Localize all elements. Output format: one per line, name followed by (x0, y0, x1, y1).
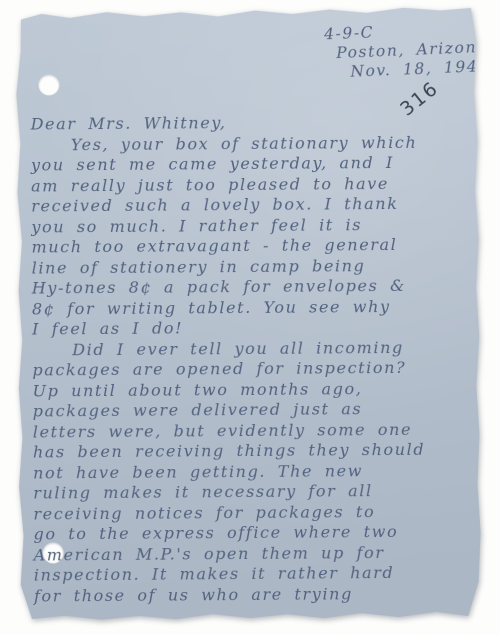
letter-line: for those of us who are trying (34, 583, 474, 607)
letter-line: Yes, your box of stationary which (31, 132, 471, 156)
letter-paper: 4-9-C Poston, Arizona Nov. 18, 1942 316 … (14, 5, 482, 621)
letter-line: Hy-tones 8¢ a pack for envelopes & (32, 275, 472, 299)
punch-hole-top (38, 74, 59, 95)
scanned-letter-photo: 4-9-C Poston, Arizona Nov. 18, 1942 316 … (0, 0, 500, 635)
letter-line: has been receiving things they should (33, 439, 473, 463)
letter-header: 4-9-C Poston, Arizona Nov. 18, 1942 (310, 21, 490, 79)
letter-body: Dear Mrs. Whitney, Yes, your box of stat… (31, 111, 474, 606)
letter-paper-shadow: 4-9-C Poston, Arizona Nov. 18, 1942 316 … (14, 5, 482, 621)
